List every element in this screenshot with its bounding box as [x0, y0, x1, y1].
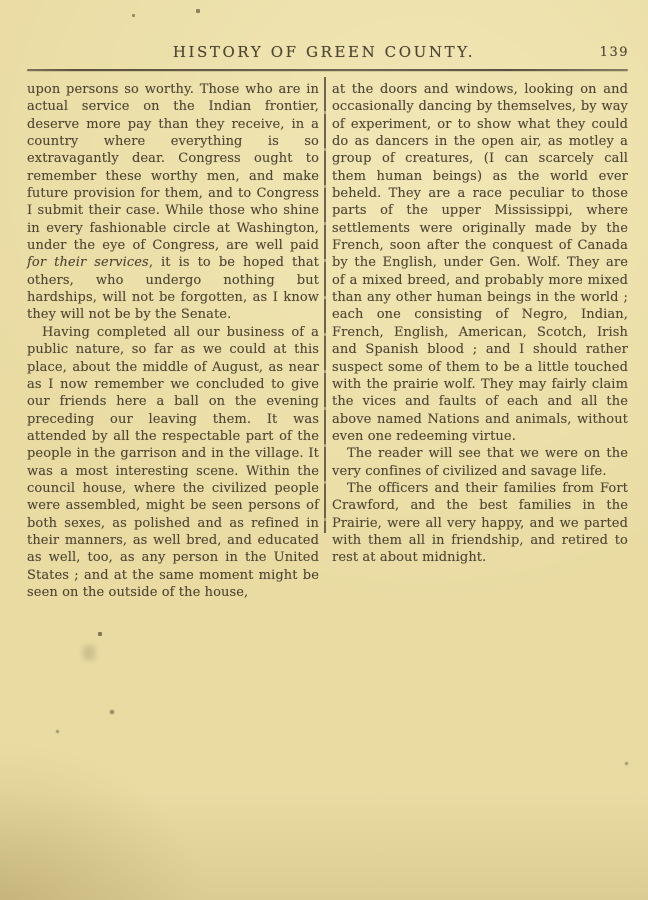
italic-phrase: for their services [27, 255, 149, 270]
scan-speck [196, 9, 200, 13]
scan-speck [83, 646, 95, 660]
paragraph: at the doors and windows, looking on and… [332, 81, 628, 445]
paragraph: Having completed all our business of a p… [27, 324, 319, 602]
column-divider [324, 77, 326, 533]
right-column: at the doors and windows, looking on and… [332, 81, 628, 567]
running-header-title: HISTORY OF GREEN COUNTY. [0, 43, 648, 61]
scan-speck [132, 14, 135, 17]
header-rule [27, 69, 628, 71]
scan-speck [110, 710, 114, 714]
page-number: 139 [600, 45, 629, 60]
scan-speck [98, 632, 102, 636]
paragraph: The reader will see that we were on the … [332, 445, 628, 480]
paragraph: upon persons so worthy. Those who are in… [27, 81, 319, 324]
scanned-book-page: HISTORY OF GREEN COUNTY. 139 upon person… [0, 0, 648, 900]
paragraph: The officers and their families from For… [332, 480, 628, 567]
left-column: upon persons so worthy. Those who are in… [27, 81, 319, 601]
paragraph-text: upon persons so worthy. Those who are in… [27, 82, 319, 253]
scan-speck [625, 762, 628, 765]
scan-speck [56, 730, 59, 733]
